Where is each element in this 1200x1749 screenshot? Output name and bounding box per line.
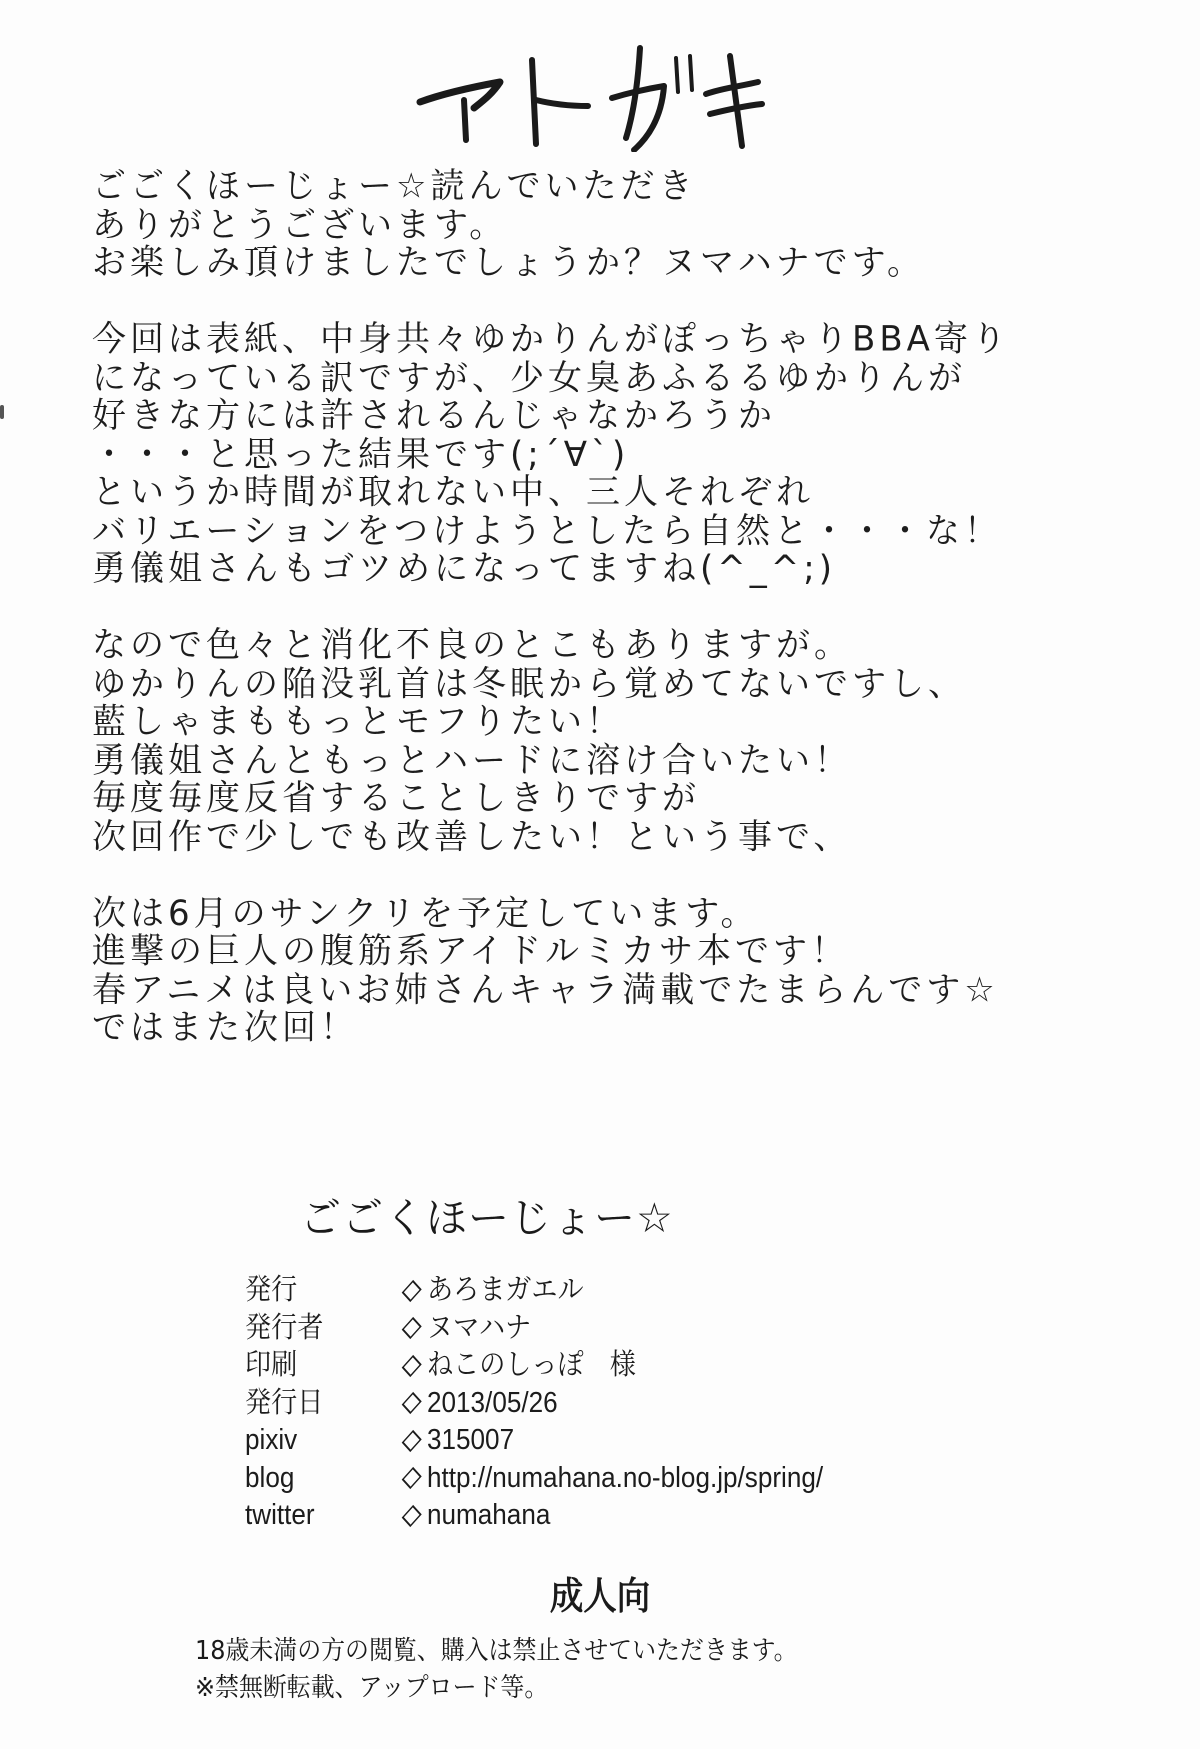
colophon-row-issuer: 発行者 ヌマハナ xyxy=(245,1310,1005,1348)
colophon-label: pixiv xyxy=(245,1422,385,1460)
diamond-outline-icon xyxy=(402,1505,422,1527)
colophon-label: 発行 xyxy=(245,1272,385,1310)
afterword-line: 今回は表紙、中身共々ゆかりんがぽっちゃりBBA寄り xyxy=(92,321,1132,359)
diamond-outline-icon xyxy=(402,1317,422,1339)
colophon-row-printer: 印刷 ねこのしっぽ 様 xyxy=(245,1347,1005,1385)
afterword-paragraph-next-issue: 次は6月のサンクリを予定しています。 進撃の巨人の腹筋系アイドルミカサ本です！ … xyxy=(92,895,1132,1048)
afterword-line: ではまた次回！ xyxy=(92,1010,1132,1048)
afterword-line: お楽しみ頂けましたでしょうか？ヌマハナです。 xyxy=(92,245,1132,283)
colophon-label: twitter xyxy=(245,1497,385,1535)
afterword-paragraph-greeting: ごごくほーじょー☆読んでいただき ありがとうございます。 お楽しみ頂けましたでし… xyxy=(92,168,1132,283)
afterword-line: 次回作で少しでも改善したい！という事で、 xyxy=(92,818,1132,856)
afterword-line: 好きな方には許されるんじゃなかろうか xyxy=(92,398,1132,436)
afterword-line: ありがとうございます。 xyxy=(92,206,1132,244)
colophon-value-wrap: ヌマハナ xyxy=(400,1310,531,1348)
diamond-outline-icon xyxy=(402,1355,422,1377)
colophon-value: 315007 xyxy=(427,1422,514,1460)
book-title: ごごくほーじょー☆ xyxy=(300,1185,780,1244)
colophon-value-wrap: numahana xyxy=(400,1497,550,1535)
afterword-paragraph-this-issue: 今回は表紙、中身共々ゆかりんがぽっちゃりBBA寄り になっている訳ですが、少女臭… xyxy=(92,321,1132,589)
colophon-value-wrap: 315007 xyxy=(400,1422,514,1460)
colophon-row-blog: blog http://numahana.no-blog.jp/spring/ xyxy=(245,1460,1005,1498)
afterword-line: になっている訳ですが、少女臭あふるるゆかりんが xyxy=(92,359,1132,397)
afterword-line: 進撃の巨人の腹筋系アイドルミカサ本です！ xyxy=(92,933,1132,971)
diamond-outline-icon xyxy=(402,1392,422,1414)
colophon-label: 発行者 xyxy=(245,1310,385,1348)
colophon-label: blog xyxy=(245,1460,385,1498)
colophon-value: 2013/05/26 xyxy=(427,1385,558,1423)
no-reproduction-notice: ※禁無断転載、アップロード等。 xyxy=(195,1670,1023,1707)
afterword-line: 勇儀姐さんもゴツめになってますね(^_^;) xyxy=(92,551,1132,589)
blog-url: http://numahana.no-blog.jp/spring/ xyxy=(427,1460,823,1498)
diamond-outline-icon xyxy=(402,1280,422,1302)
legal-notice: 18歳未満の方の閲覧、購入は禁止させていただきます。 ※禁無断転載、アップロード… xyxy=(195,1633,1095,1707)
twitter-handle: numahana xyxy=(427,1497,550,1535)
age-restriction-notice: 18歳未満の方の閲覧、購入は禁止させていただきます。 xyxy=(195,1633,1023,1670)
colophon-value: ヌマハナ xyxy=(427,1310,531,1348)
colophon-value: ねこのしっぽ 様 xyxy=(427,1347,636,1385)
colophon-value-wrap: 2013/05/26 xyxy=(400,1385,558,1423)
afterword-line: バリエーションをつけようとしたら自然と・・・な！ xyxy=(92,512,1132,550)
colophon-value-wrap: http://numahana.no-blog.jp/spring/ xyxy=(400,1460,823,1498)
afterword-line: というか時間が取れない中、三人それぞれ xyxy=(92,474,1132,512)
afterword-line: ごごくほーじょー☆読んでいただき xyxy=(92,168,1132,206)
colophon-row-publisher: 発行 あろまガエル xyxy=(245,1272,1005,1310)
brush-title-glyphs xyxy=(412,42,772,152)
colophon-label: 印刷 xyxy=(245,1347,385,1385)
colophon-label: 発行日 xyxy=(245,1385,385,1423)
afterword-line: 勇儀姐さんともっとハードに溶け合いたい！ xyxy=(92,742,1132,780)
diamond-outline-icon xyxy=(402,1430,422,1452)
afterword-line: ゆかりんの陥没乳首は冬眠から覚めてないですし、 xyxy=(92,665,1132,703)
afterword-line: なので色々と消化不良のとこもありますが。 xyxy=(92,627,1132,665)
colophon-value-wrap: ねこのしっぽ 様 xyxy=(400,1347,636,1385)
scan-edge-mark xyxy=(0,405,4,419)
afterword-line: 春アニメは良いお姉さんキャラ満載でたまらんです☆ xyxy=(92,971,1132,1009)
afterword-line: 毎度毎度反省することしきりですが xyxy=(92,780,1132,818)
afterword-paragraph-reflection: なので色々と消化不良のとこもありますが。 ゆかりんの陥没乳首は冬眠から覚めてない… xyxy=(92,627,1132,857)
colophon-row-twitter: twitter numahana xyxy=(245,1497,1005,1535)
colophon-row-pixiv: pixiv 315007 xyxy=(245,1422,1005,1460)
colophon-value-wrap: あろまガエル xyxy=(400,1272,584,1310)
afterword-body: ごごくほーじょー☆読んでいただき ありがとうございます。 お楽しみ頂けましたでし… xyxy=(92,168,1132,1048)
colophon-table: 発行 あろまガエル 発行者 ヌマハナ 印刷 ねこのしっぽ 様 発行日 xyxy=(245,1272,1005,1535)
colophon-value: あろまガエル xyxy=(427,1272,584,1310)
adult-rating-label: 成人向 xyxy=(72,1565,1128,1620)
afterword-line: 藍しゃまももっとモフりたい！ xyxy=(92,704,1132,742)
diamond-outline-icon xyxy=(402,1467,422,1489)
page-title xyxy=(412,42,772,152)
colophon-row-date: 発行日 2013/05/26 xyxy=(245,1385,1005,1423)
afterword-line: 次は6月のサンクリを予定しています。 xyxy=(92,895,1132,933)
afterword-page: ごごくほーじょー☆読んでいただき ありがとうございます。 お楽しみ頂けましたでし… xyxy=(0,0,1200,1749)
afterword-line: ・・・と思った結果です(;´∀`) xyxy=(92,436,1132,474)
